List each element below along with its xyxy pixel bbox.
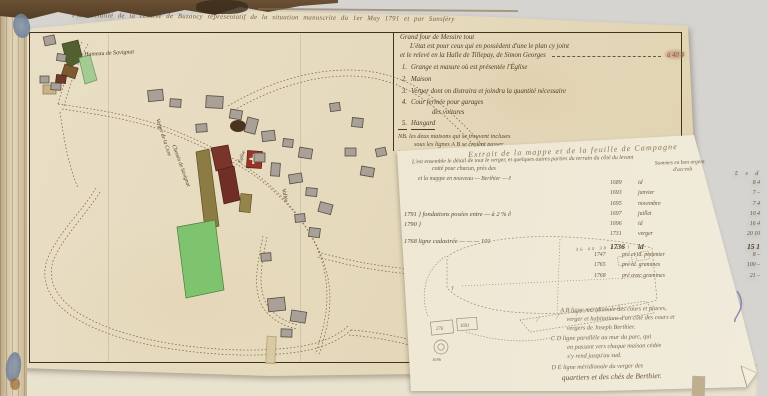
brown-ink-spot <box>10 378 20 390</box>
boundary-annotations: A B ligne méridionale des cours et place… <box>550 303 768 384</box>
torn-cover-clump <box>196 0 248 14</box>
sketch-numbers-row: 36 40 38 42 51 <box>576 244 632 252</box>
page-tab <box>692 376 706 396</box>
point-marker: T <box>451 287 455 292</box>
parcel-number: 1696 <box>432 357 442 362</box>
scanned-map-page: Plan détaillé de la censive de Buzancy r… <box>0 0 768 396</box>
parcel-number: 1691 <box>460 324 470 329</box>
extract-sheet-wrap: Extrait de la mappe et de la feuille de … <box>0 0 768 396</box>
parcel-number: 276 <box>436 327 444 332</box>
binding-edge <box>0 0 27 396</box>
